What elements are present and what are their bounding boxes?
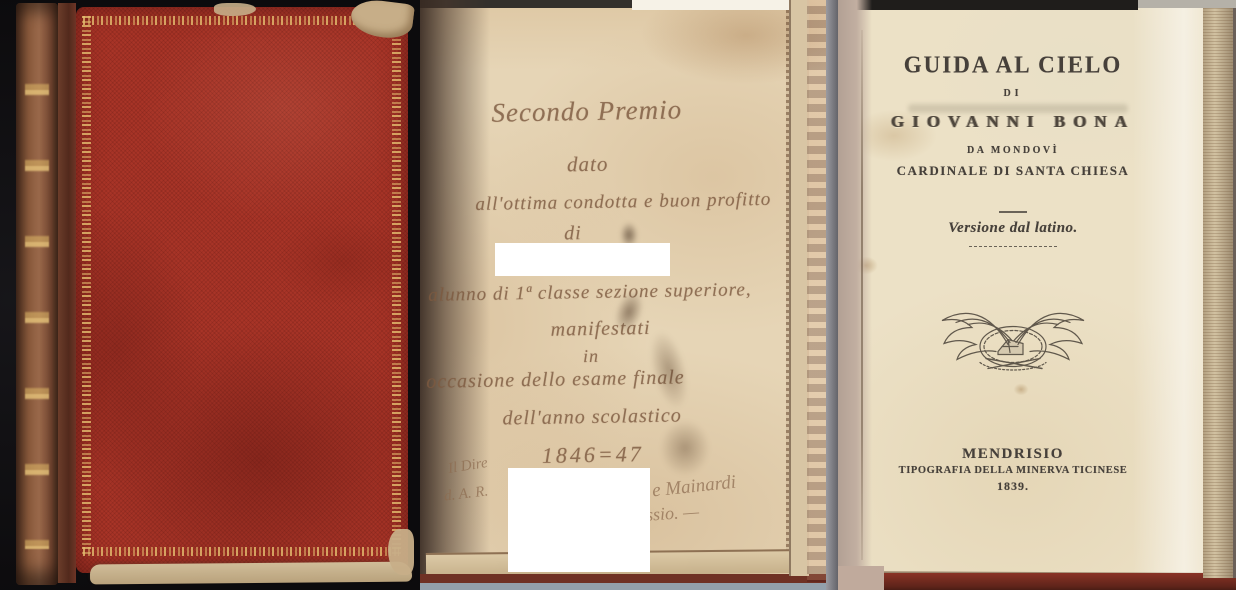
front-cover-photo [0, 0, 420, 590]
cover-bottom-strip [420, 574, 838, 583]
dedication-line: Secondo Premio [417, 93, 757, 130]
ink-smudge [660, 420, 710, 476]
antique-book-photo-collage: Secondo Premio dato all'ottima condotta … [0, 0, 1236, 590]
separator-rule [999, 211, 1027, 213]
photo-top-corner [1138, 0, 1236, 8]
dedication-line: dell'anno scolastico [422, 403, 762, 432]
byline: DI [848, 88, 1178, 99]
book-spine [16, 3, 58, 585]
imprint-printer: TIPOGRAFIA DELLA MINERVA TICINESE [848, 465, 1178, 476]
author-role: CARDINALE DI SANTA CHIESA [848, 163, 1178, 179]
photo-bottom-corner [838, 566, 884, 590]
spine-hinge [58, 3, 76, 583]
worn-corner-top-right [349, 0, 415, 41]
title-page-photo: GUIDA AL CIELO DI GIOVANNI BONA DA MONDO… [838, 0, 1236, 590]
imprint-city: MENDRISIO [848, 446, 1178, 463]
imprint-year: 1839. [848, 479, 1178, 494]
author-origin: DA MONDOVÌ [848, 145, 1178, 156]
photo-side-edge [826, 0, 838, 590]
worn-top-edge [214, 3, 256, 16]
dedication-line: dato [418, 149, 758, 180]
fore-edge-pages [1203, 8, 1236, 578]
winged-wreath-vignette-icon [928, 293, 1098, 381]
worn-corner-bottom-right [388, 529, 414, 575]
photo-top-edge [838, 0, 1138, 10]
photo-bottom-edge [420, 583, 838, 590]
spine-gilt-ornaments [25, 49, 49, 549]
redaction-box [495, 243, 670, 276]
redaction-box [508, 468, 650, 572]
separator-rule-dashed [969, 246, 1057, 247]
book-title: GUIDA AL CIELO [848, 51, 1178, 78]
cover-bottom-strip [868, 573, 1236, 590]
dedication-page-photo: Secondo Premio dato all'ottima condotta … [420, 0, 838, 590]
edition-note: Versione dal latino. [848, 220, 1178, 237]
cover-edge-strip [807, 0, 826, 582]
dedication-line: manifestati [430, 315, 770, 344]
dedication-line: all'ottima condotta e buon profitto [453, 188, 793, 216]
front-cover-board [76, 7, 408, 573]
gilt-border-right [392, 16, 401, 556]
dedication-line: alunno di 1ª classe sezione superiore, [420, 279, 760, 307]
gilt-border-left [82, 16, 91, 556]
worn-bottom-edge [90, 562, 412, 585]
page-block-edge [789, 0, 809, 576]
gilt-border-bottom [83, 547, 399, 556]
signature-fragment: ssio. — [645, 501, 699, 526]
author-name: GIOVANNI BONA [848, 112, 1178, 132]
